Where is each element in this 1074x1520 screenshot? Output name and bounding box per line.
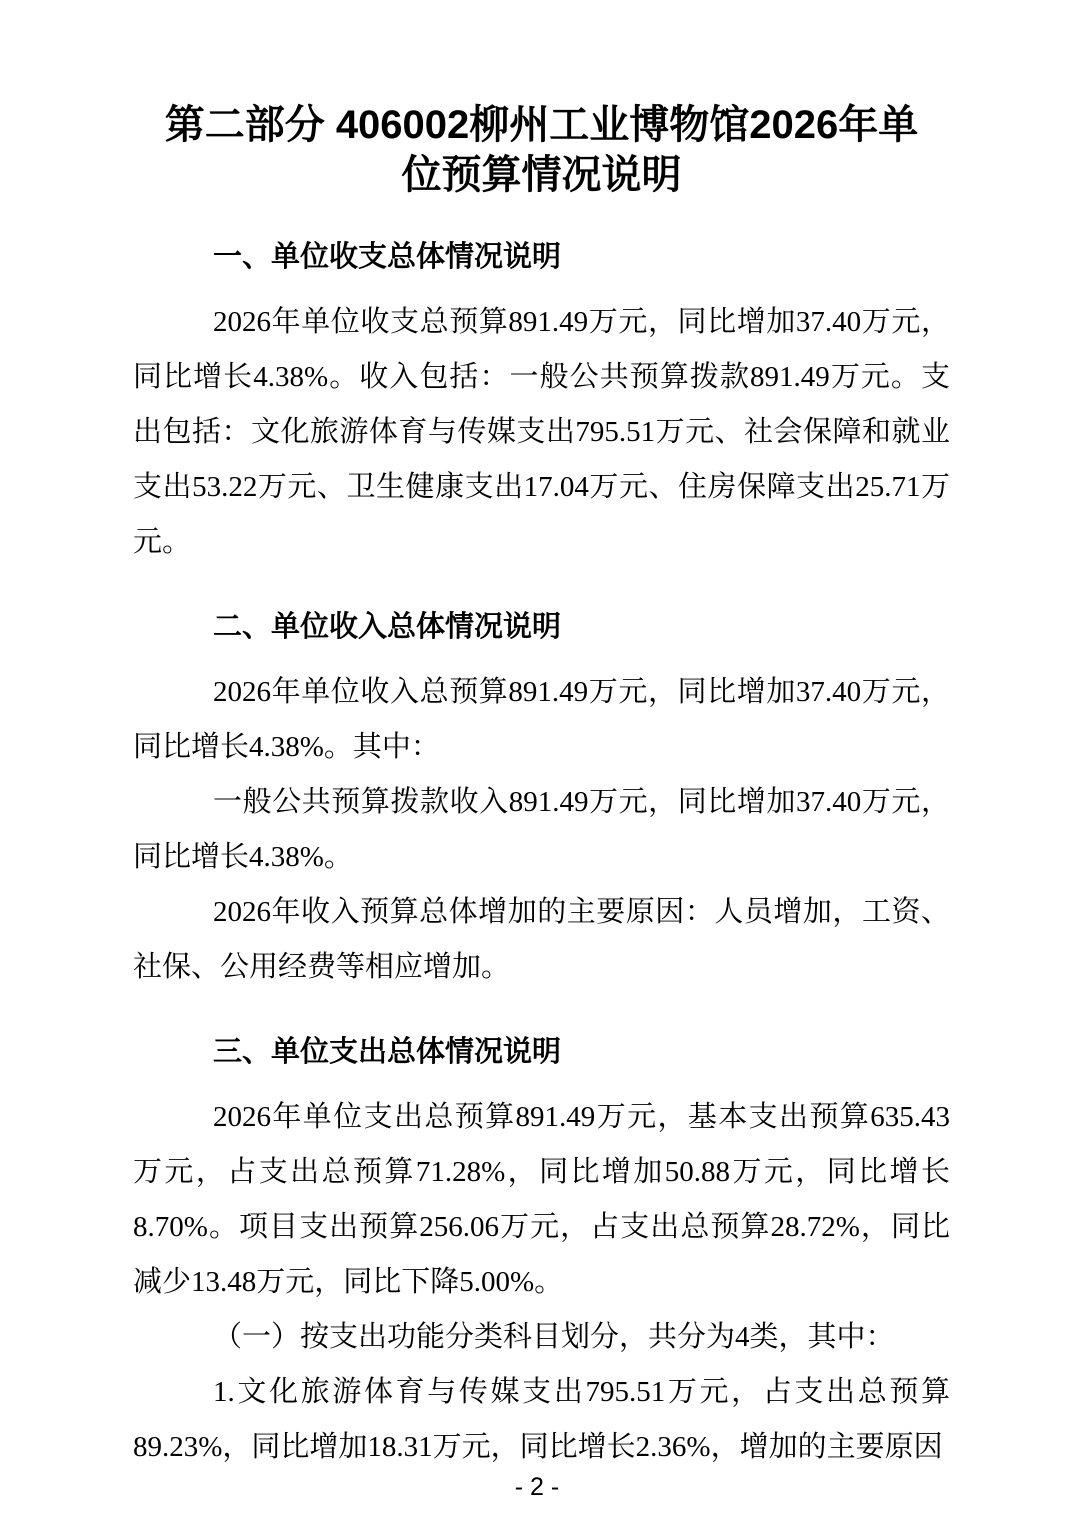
section-3-paragraph-2: （一）按支出功能分类科目划分，共分为4类，其中： <box>133 1310 950 1365</box>
section-1-heading: 一、单位收支总体情况说明 <box>133 230 950 285</box>
section-3-heading: 三、单位支出总体情况说明 <box>133 1025 950 1080</box>
section-3-paragraph-1: 2026年单位支出总预算891.49万元，基本支出预算635.43万元，占支出总… <box>133 1090 950 1310</box>
section-income: 二、单位收入总体情况说明 2026年单位收入总预算891.49万元，同比增加37… <box>133 600 950 995</box>
section-2-paragraph-3: 2026年收入预算总体增加的主要原因：人员增加，工资、社保、公用经费等相应增加。 <box>133 885 950 995</box>
section-2-paragraph-1: 2026年单位收入总预算891.49万元，同比增加37.40万元，同比增长4.3… <box>133 665 950 775</box>
section-overall-budget: 一、单位收支总体情况说明 2026年单位收支总预算891.49万元，同比增加37… <box>133 230 950 570</box>
section-2-heading: 二、单位收入总体情况说明 <box>133 600 950 655</box>
section-3-paragraph-3: 1.文化旅游体育与传媒支出795.51万元，占支出总预算89.23%，同比增加1… <box>133 1365 950 1475</box>
document-title: 第二部分 406002柳州工业博物馆2026年单位预算情况说明 <box>162 100 922 200</box>
document-page: 第二部分 406002柳州工业博物馆2026年单位预算情况说明 一、单位收支总体… <box>0 0 1074 1520</box>
page-number: - 2 - <box>0 1473 1074 1502</box>
section-2-paragraph-2: 一般公共预算拨款收入891.49万元，同比增加37.40万元，同比增长4.38%… <box>133 775 950 885</box>
section-1-paragraph-1: 2026年单位收支总预算891.49万元，同比增加37.40万元，同比增长4.3… <box>133 295 950 570</box>
section-expenditure: 三、单位支出总体情况说明 2026年单位支出总预算891.49万元，基本支出预算… <box>133 1025 950 1475</box>
